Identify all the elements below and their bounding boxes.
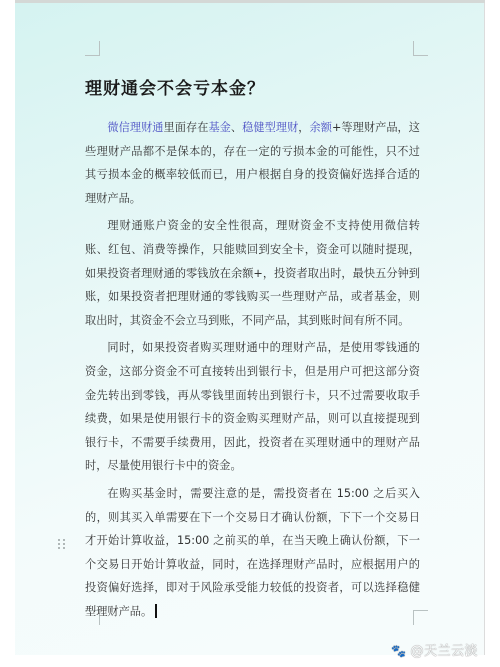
paragraph-3[interactable]: 同时，如果投资者购买理财通中的理财产品，是使用零钱通的资金，这部分资金不可直接转… — [85, 336, 420, 478]
document-body[interactable]: 微信理财通里面存在基金、稳健型理财，余额+等理财产品，这些理财产品都不是保本的，… — [85, 116, 420, 627]
watermark: 🐾@天兰云淡 — [391, 640, 478, 659]
paragraph-4[interactable]: 在购买基金时，需要注意的是，需投资者在 15:00 之后买入的，则其买入单需要在… — [85, 482, 420, 624]
margin-corner-top-left-icon — [85, 41, 100, 56]
link-wenjianxing-licai[interactable]: 稳健型理财 — [242, 121, 298, 134]
paw-icon: 🐾 — [391, 644, 406, 658]
margin-corner-top-right-icon — [413, 41, 428, 56]
link-jijin[interactable]: 基金 — [208, 121, 230, 134]
document-viewport: 理财通会不会亏本金？ 微信理财通里面存在基金、稳健型理财，余额+等理财产品，这些… — [0, 0, 500, 667]
watermark-text: @天兰云淡 — [410, 644, 478, 659]
link-weixin-licaitong[interactable]: 微信理财通 — [107, 121, 163, 134]
link-yue[interactable]: 余额 — [310, 121, 332, 134]
text-cursor — [155, 604, 157, 618]
paragraph-4-text: 在购买基金时，需要注意的是，需投资者在 15:00 之后买入的，则其买入单需要在… — [85, 487, 420, 618]
text-segment: 、 — [231, 121, 242, 134]
text-segment: 里面存在 — [164, 121, 209, 134]
document-title[interactable]: 理财通会不会亏本金？ — [85, 74, 265, 99]
paragraph-2[interactable]: 理财通账户资金的安全性很高，理财资金不支持使用微信转账、红包、消费等操作，只能赎… — [85, 214, 420, 332]
text-segment: ， — [298, 121, 309, 134]
block-drag-handle-icon[interactable] — [58, 539, 66, 551]
paragraph-1[interactable]: 微信理财通里面存在基金、稳健型理财，余额+等理财产品，这些理财产品都不是保本的，… — [85, 116, 420, 210]
